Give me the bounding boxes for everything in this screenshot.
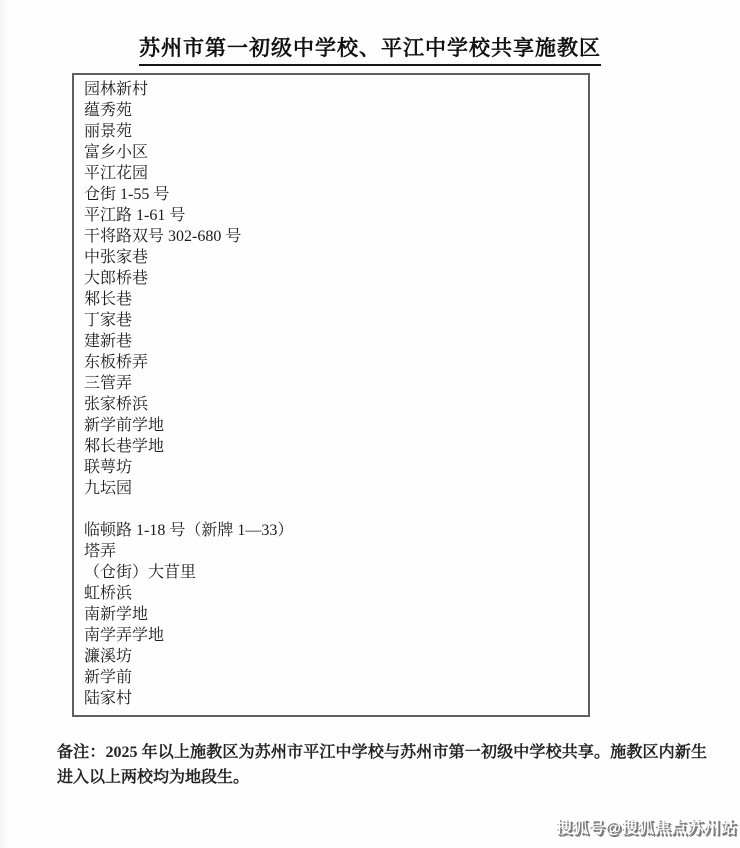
list-item: 联萼坊 <box>84 457 580 478</box>
list-item: 塔弄 <box>84 541 580 562</box>
list-item: 陆家村 <box>84 688 580 709</box>
list-item: 东板桥弄 <box>84 352 580 373</box>
page-title: 苏州市第一初级中学校、平江中学校共享施教区 <box>139 36 601 66</box>
list-item: 建新巷 <box>84 331 580 352</box>
list-item: 临顿路 1-18 号（新牌 1—33） <box>84 520 580 541</box>
list-item: 邾长巷学地 <box>84 436 580 457</box>
list-item: （仓街）大苜里 <box>84 562 580 583</box>
district-list-box: 园林新村蕴秀苑丽景苑富乡小区平江花园仓街 1-55 号平江路 1-61 号干将路… <box>72 73 590 717</box>
list-item: 新学前 <box>84 667 580 688</box>
list-item: 虹桥浜 <box>84 583 580 604</box>
list-item: 丽景苑 <box>84 121 580 142</box>
list-item: 园林新村 <box>84 79 580 100</box>
list-item: 富乡小区 <box>84 142 580 163</box>
list-item: 邾长巷 <box>84 289 580 310</box>
district-group-1: 园林新村蕴秀苑丽景苑富乡小区平江花园仓街 1-55 号平江路 1-61 号干将路… <box>84 79 580 499</box>
list-item: 平江花园 <box>84 163 580 184</box>
list-item: 九坛园 <box>84 478 580 499</box>
footer-note: 备注：2025 年以上施教区为苏州市平江中学校与苏州市第一初级中学校共享。施教区… <box>57 740 707 790</box>
list-item: 仓街 1-55 号 <box>84 184 580 205</box>
document-page: 苏州市第一初级中学校、平江中学校共享施教区 园林新村蕴秀苑丽景苑富乡小区平江花园… <box>0 0 740 848</box>
watermark: 搜狐号@搜狐焦点苏州站 <box>556 815 737 838</box>
list-item: 丁家巷 <box>84 310 580 331</box>
list-item: 干将路双号 302-680 号 <box>84 226 580 247</box>
list-item: 蕴秀苑 <box>84 100 580 121</box>
list-item: 张家桥浜 <box>84 394 580 415</box>
list-item: 南新学地 <box>84 604 580 625</box>
list-item: 濂溪坊 <box>84 646 580 667</box>
district-group-2: 临顿路 1-18 号（新牌 1—33）塔弄（仓街）大苜里虹桥浜南新学地南学弄学地… <box>84 520 580 709</box>
list-item: 大郎桥巷 <box>84 268 580 289</box>
list-item: 三管弄 <box>84 373 580 394</box>
list-item: 平江路 1-61 号 <box>84 205 580 226</box>
list-item: 新学前学地 <box>84 415 580 436</box>
list-item: 南学弄学地 <box>84 625 580 646</box>
list-item: 中张家巷 <box>84 247 580 268</box>
title-area: 苏州市第一初级中学校、平江中学校共享施教区 <box>0 36 740 66</box>
